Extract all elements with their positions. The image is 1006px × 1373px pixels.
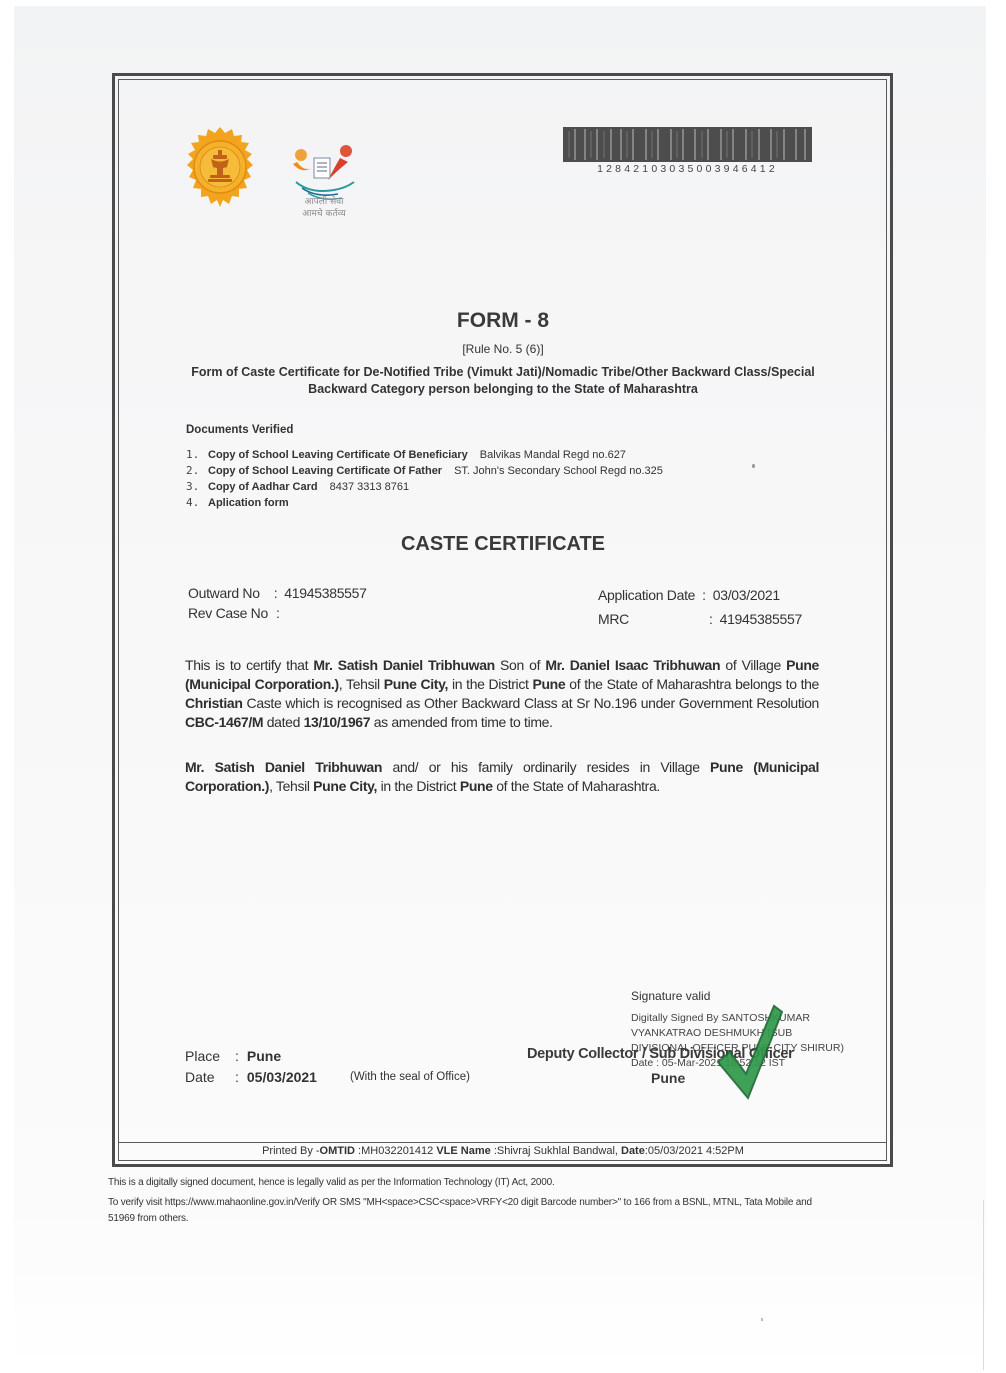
father-name: Mr. Daniel Isaac Tribhuwan bbox=[545, 657, 720, 673]
place-field: Place:Pune bbox=[185, 1048, 281, 1064]
outward-number-field: Outward No:41945385557 bbox=[188, 585, 367, 601]
documents-verified-list: 1.Copy of School Leaving Certificate Of … bbox=[186, 447, 663, 511]
mrc-field: MRC:41945385557 bbox=[598, 611, 802, 627]
footer-verify-note-continued: 51969 from others. bbox=[108, 1213, 188, 1224]
beneficiary-name: Mr. Satish Daniel Tribhuwan bbox=[185, 759, 382, 775]
documents-verified-heading: Documents Verified bbox=[186, 424, 293, 436]
date-label: Date bbox=[185, 1069, 227, 1085]
vle-label: VLE Name bbox=[436, 1145, 490, 1157]
document-number: 4. bbox=[186, 495, 208, 510]
rev-case-number-label: Rev Case No bbox=[188, 605, 268, 621]
text: and/ or his family ordinarily resides in… bbox=[382, 759, 710, 775]
printed-by-line: Printed By -OMTID :MH032201412 VLE Name … bbox=[0, 1145, 1006, 1157]
print-date-value: :05/03/2021 4:52PM bbox=[645, 1145, 744, 1157]
outward-number-label: Outward No bbox=[188, 585, 260, 601]
application-date-value: 03/03/2021 bbox=[713, 587, 780, 603]
maharashtra-government-seal-icon bbox=[182, 126, 258, 208]
text: Son of bbox=[495, 657, 545, 673]
scan-speck bbox=[761, 1318, 763, 1321]
caption-line-1: आपली सेवा bbox=[288, 196, 360, 208]
rule-number: [Rule No. 5 (6)] bbox=[0, 342, 1006, 356]
document-label: Copy of School Leaving Certificate Of Be… bbox=[208, 449, 468, 461]
document-value: Balvikas Mandal Regd no.627 bbox=[480, 449, 626, 461]
officer-city: Pune bbox=[651, 1070, 685, 1086]
csc-logo-caption: आपली सेवा आमचे कर्तव्य bbox=[288, 196, 360, 220]
form-description: Form of Caste Certificate for De-Notifie… bbox=[190, 364, 816, 398]
document-label: Copy of School Leaving Certificate Of Fa… bbox=[208, 465, 442, 477]
document-item: 2.Copy of School Leaving Certificate Of … bbox=[186, 463, 663, 479]
document-item: 1.Copy of School Leaving Certificate Of … bbox=[186, 447, 663, 463]
document-number: 1. bbox=[186, 447, 208, 462]
document-label: Copy of Aadhar Card bbox=[208, 481, 318, 493]
resolution-number: CBC-1467/M bbox=[185, 714, 263, 730]
text: Printed By - bbox=[262, 1145, 319, 1157]
document-label: Aplication form bbox=[208, 497, 289, 509]
document-item: 4.Aplication form bbox=[186, 495, 663, 511]
application-date-field: Application Date:03/03/2021 bbox=[598, 587, 780, 603]
certification-paragraph: This is to certify that Mr. Satish Danie… bbox=[185, 656, 819, 732]
district-name: Pune bbox=[532, 676, 565, 692]
caste-certificate-title: CASTE CERTIFICATE bbox=[0, 533, 1006, 556]
tehsil-name: Pune City, bbox=[384, 676, 448, 692]
footer-verify-note: To verify visit https://www.mahaonline.g… bbox=[108, 1197, 812, 1208]
signature-verified-check-icon bbox=[716, 1002, 784, 1100]
document-number: 3. bbox=[186, 479, 208, 494]
outward-number-value: 41945385557 bbox=[284, 585, 366, 601]
document-item: 3.Copy of Aadhar Card8437 3313 8761 bbox=[186, 479, 663, 495]
digital-signature-block: Signature valid Digitally Signed By SANT… bbox=[631, 989, 710, 1003]
text: of the State of Maharashtra. bbox=[493, 778, 660, 794]
tehsil-name: Pune City, bbox=[313, 778, 377, 794]
text: as amended from time to time. bbox=[370, 714, 552, 730]
date-field: Date:05/03/2021 bbox=[185, 1069, 317, 1085]
residence-paragraph: Mr. Satish Daniel Tribhuwan and/ or his … bbox=[185, 758, 819, 796]
text: This is to certify that bbox=[185, 657, 313, 673]
beneficiary-name: Mr. Satish Daniel Tribhuwan bbox=[313, 657, 495, 673]
text: , Tehsil bbox=[339, 676, 384, 692]
rev-case-number-field: Rev Case No: bbox=[188, 605, 287, 621]
text: Caste which is recognised as Other Backw… bbox=[243, 695, 819, 711]
text: of Village bbox=[720, 657, 786, 673]
place-label: Place bbox=[185, 1048, 227, 1064]
text: in the District bbox=[377, 778, 460, 794]
mrc-value: 41945385557 bbox=[720, 611, 802, 627]
mrc-label: MRC bbox=[598, 611, 629, 627]
caption-line-2: आमचे कर्तव्य bbox=[288, 208, 360, 220]
barcode-icon bbox=[563, 127, 812, 162]
footer-legal-note: This is a digitally signed document, hen… bbox=[108, 1177, 555, 1188]
place-value: Pune bbox=[247, 1048, 281, 1064]
text: , Tehsil bbox=[269, 778, 313, 794]
seal-note: (With the seal of Office) bbox=[350, 1071, 470, 1083]
form-title: FORM - 8 bbox=[0, 309, 1006, 333]
page-edge bbox=[983, 1200, 984, 1370]
omtid-label: OMTID bbox=[320, 1145, 355, 1157]
omtid-value: :MH032201412 bbox=[355, 1145, 436, 1157]
barcode-number: 12842103035003946412 bbox=[563, 163, 812, 175]
scan-speck bbox=[752, 464, 755, 468]
text: dated bbox=[263, 714, 303, 730]
text: in the District bbox=[448, 676, 532, 692]
resolution-date: 13/10/1967 bbox=[304, 714, 371, 730]
date-value: 05/03/2021 bbox=[247, 1069, 317, 1085]
district-name: Pune bbox=[460, 778, 493, 794]
print-date-label: Date bbox=[621, 1145, 645, 1157]
text: of the State of Maharashtra belongs to t… bbox=[565, 676, 819, 692]
frame-separator bbox=[118, 1142, 887, 1143]
vle-value: :Shivraj Sukhlal Bandwal, bbox=[491, 1145, 621, 1157]
document-value: 8437 3313 8761 bbox=[330, 481, 410, 493]
caste-name: Christian bbox=[185, 695, 243, 711]
application-date-label: Application Date bbox=[598, 587, 695, 603]
signature-status: Signature valid bbox=[631, 989, 710, 1003]
document-value: ST. John's Secondary School Regd no.325 bbox=[454, 465, 663, 477]
document-number: 2. bbox=[186, 463, 208, 478]
